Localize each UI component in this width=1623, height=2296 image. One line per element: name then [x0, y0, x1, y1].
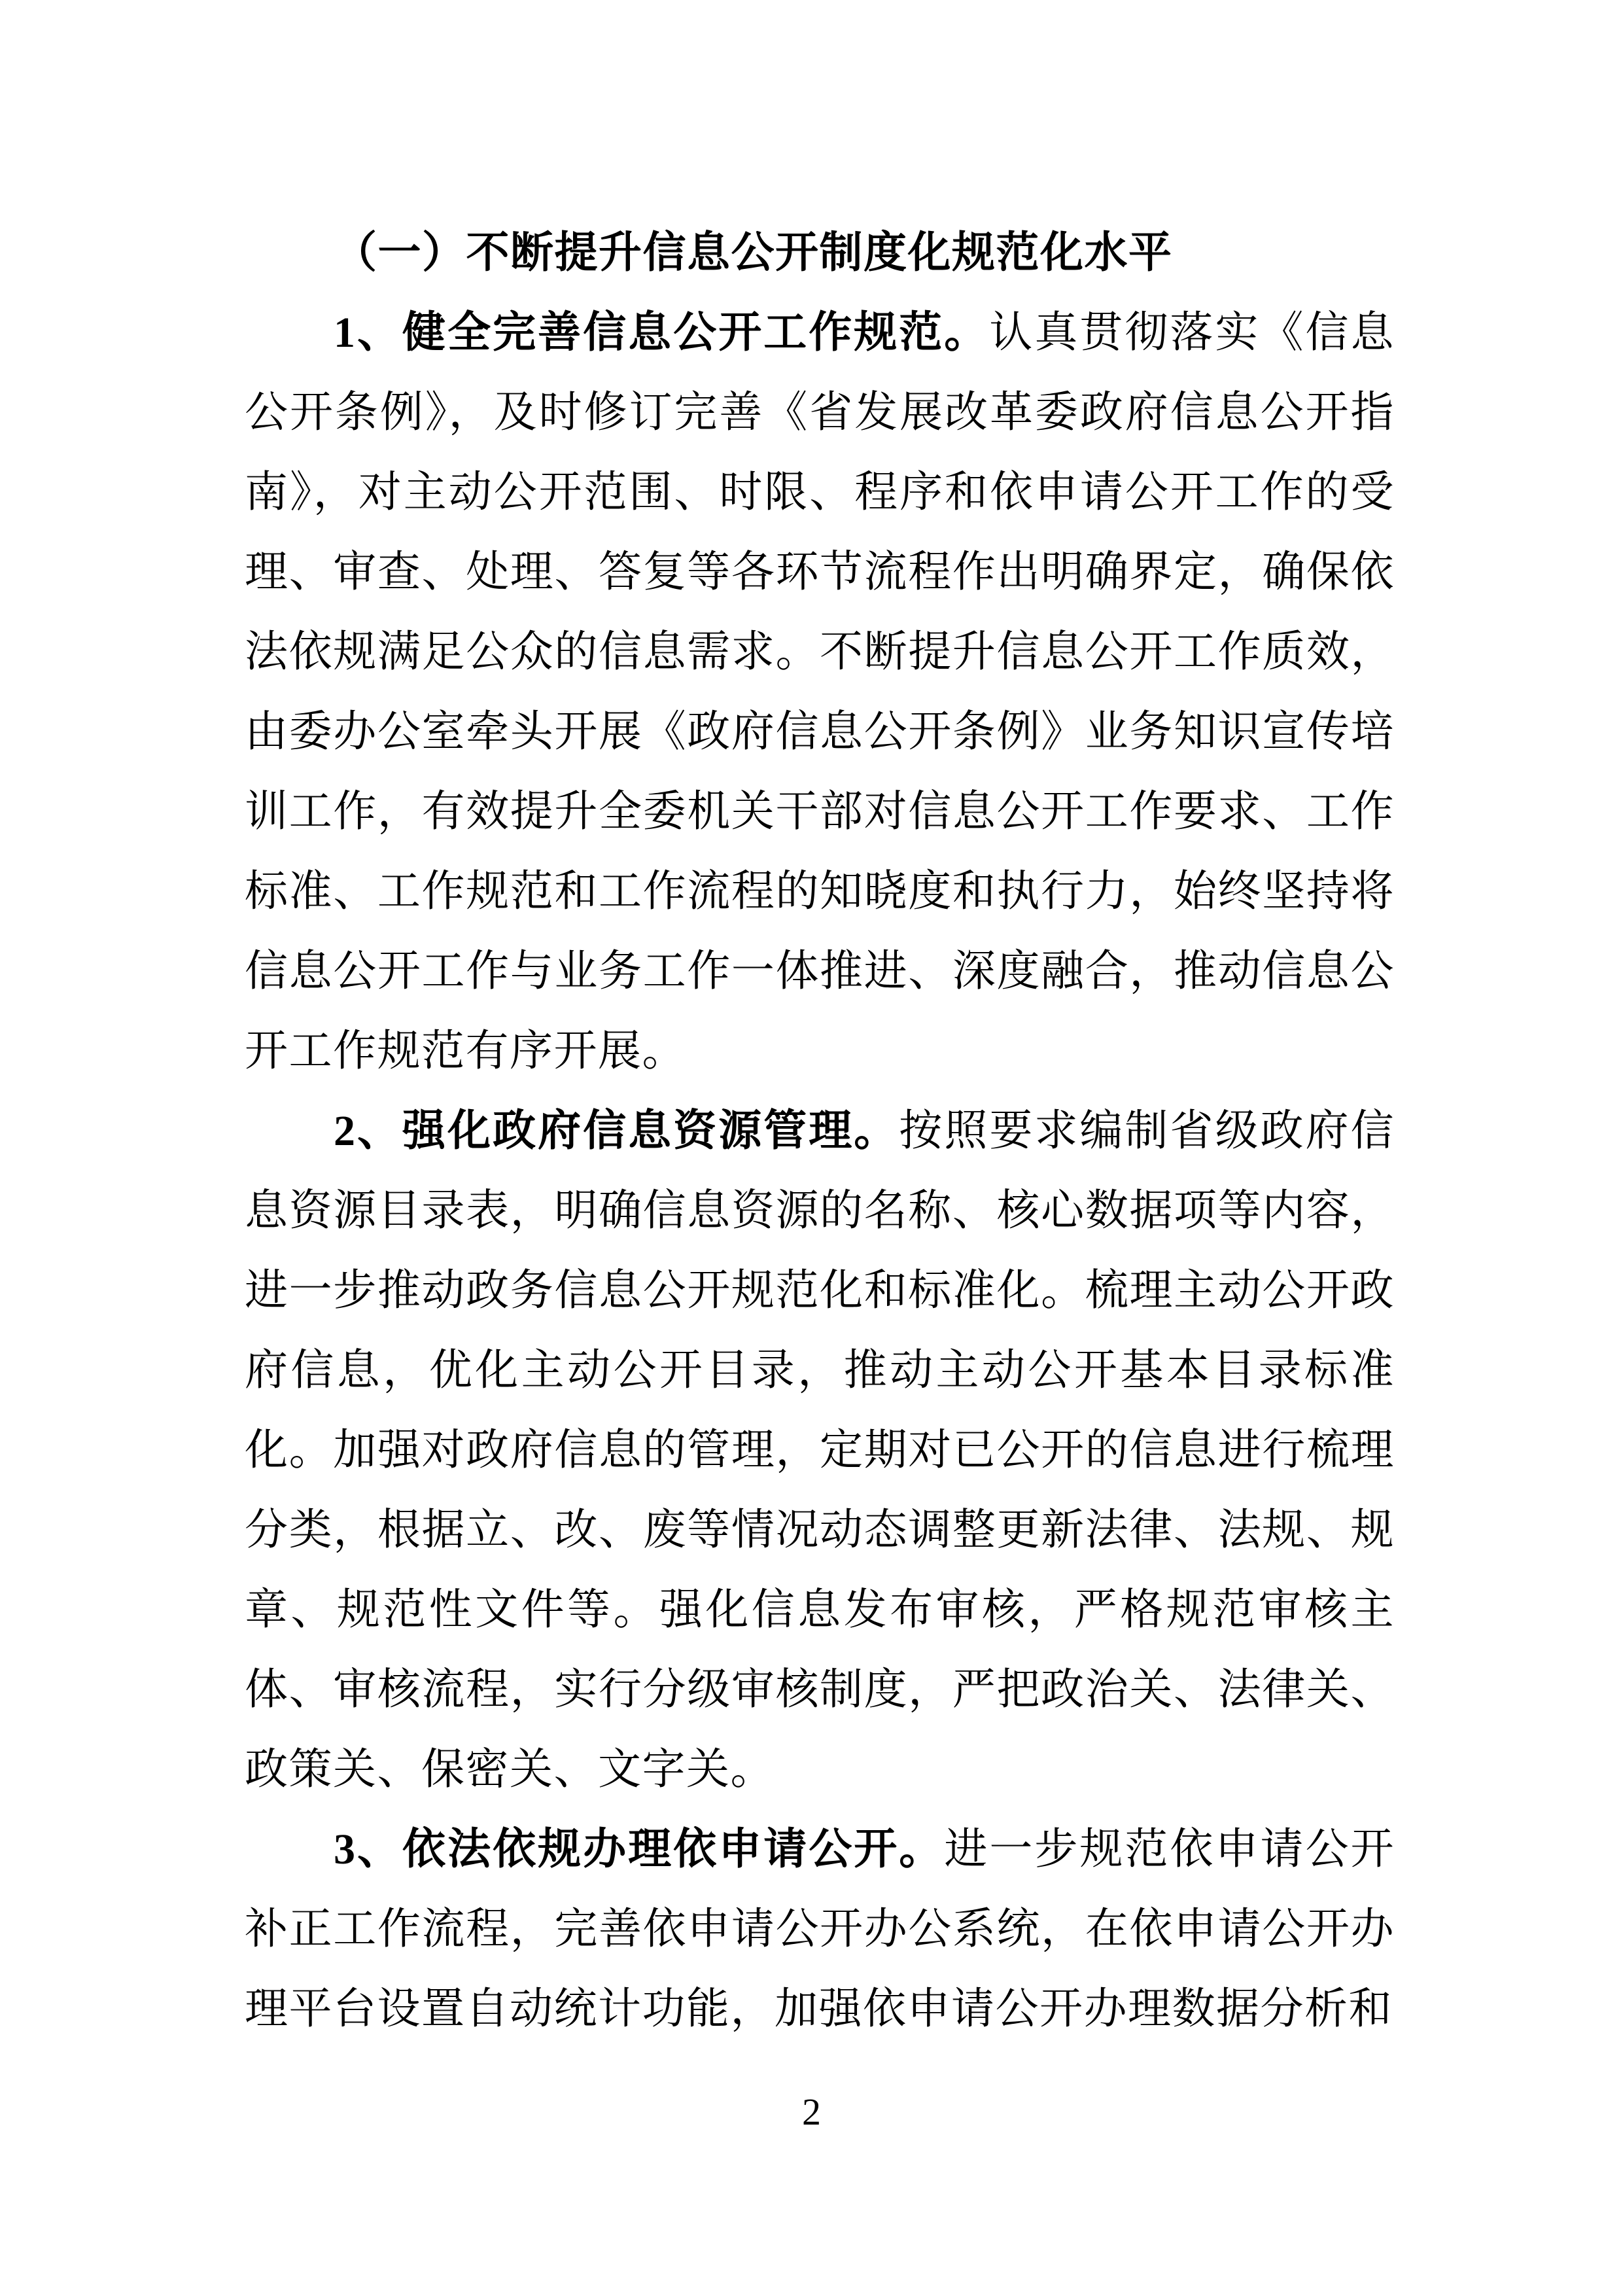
document-page: （一）不断提升信息公开制度化规范化水平1、健全完善信息公开工作规范。认真贯彻落实… — [0, 0, 1623, 2296]
text-run: 按照要求编制省级政府信息资源目录表，明确信息资源的名称、核心数据项等内容，进一步… — [245, 1107, 1395, 1793]
paragraph: 3、依法依规办理依申请公开。进一步规范依申请公开补正工作流程，完善依申请公开办公… — [245, 1810, 1395, 2049]
bold-text-run: （一）不断提升信息公开制度化规范化水平 — [334, 229, 1173, 277]
page-number: 2 — [802, 2091, 821, 2133]
text-run: 认真贯彻落实《信息公开条例》，及时修订完善《省发展改革委政府信息公开指南》，对主… — [245, 309, 1395, 1075]
bold-text-run: 2、强化政府信息资源管理。 — [334, 1107, 899, 1155]
section-heading: （一）不断提升信息公开制度化规范化水平 — [245, 213, 1395, 293]
paragraph: 2、强化政府信息资源管理。按照要求编制省级政府信息资源目录表，明确信息资源的名称… — [245, 1091, 1395, 1810]
document-body: （一）不断提升信息公开制度化规范化水平1、健全完善信息公开工作规范。认真贯彻落实… — [245, 213, 1395, 2049]
paragraph: 1、健全完善信息公开工作规范。认真贯彻落实《信息公开条例》，及时修订完善《省发展… — [245, 293, 1395, 1091]
page-footer: 2 — [0, 2091, 1623, 2133]
bold-text-run: 3、依法依规办理依申请公开。 — [334, 1826, 944, 1873]
bold-text-run: 1、健全完善信息公开工作规范。 — [334, 309, 989, 357]
